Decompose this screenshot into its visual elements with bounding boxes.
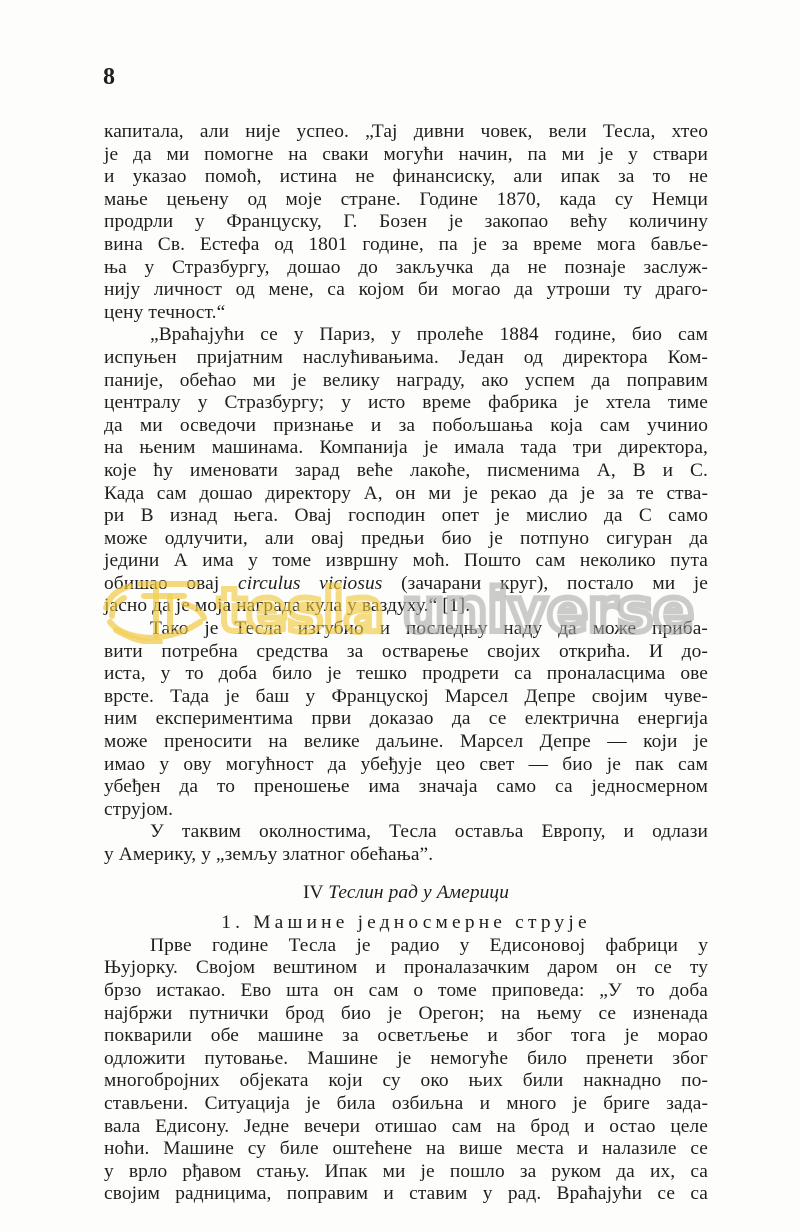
- text-line: у врло рђавом стању. Ипак ми је пошло за…: [104, 1161, 708, 1184]
- paragraph-4: У таквим околностима, Тесла оставља Евро…: [104, 821, 708, 866]
- paragraph-2: „Враћајући се у Париз, у пролеће 1884 го…: [104, 324, 708, 618]
- text-line: ња у Стразбургу, дошао до закључка да не…: [104, 257, 708, 280]
- text-line: вити потребна средства за остварење свој…: [104, 641, 708, 664]
- text-fragment: обишао овај: [104, 573, 238, 594]
- text-line: имао у ову могућност да убеђује цео свет…: [104, 754, 708, 777]
- paragraph-3: Тако је Тесла изгубио и последњу наду да…: [104, 618, 708, 821]
- chapter-heading: IV Теслин рад у Америци: [104, 882, 708, 905]
- text-line: ноћи. Машине су биле оштећене на више ме…: [104, 1138, 708, 1161]
- text-line: вина Св. Естефа од 1801 године, па је за…: [104, 234, 708, 257]
- spacer: [104, 867, 708, 882]
- text-line: испуњен пријатним наслућивањима. Један о…: [104, 347, 708, 370]
- text-line: капитала, али није успео. „Тај дивни чов…: [104, 121, 708, 144]
- text-line: вала Едисону. Једне вечери отишао сам на…: [104, 1116, 708, 1139]
- text-line: врсте. Тада је баш у Француској Марсел Д…: [104, 686, 708, 709]
- chapter-numeral: IV: [303, 882, 323, 903]
- text-line: централу у Стразбургу; у исто време фабр…: [104, 392, 708, 415]
- text-line: може преносити на велике даљине. Марсел …: [104, 731, 708, 754]
- text-line: иста, у то доба било је тешко продрети с…: [104, 663, 708, 686]
- spacer: [104, 904, 708, 912]
- text-line: може одлучити, али овај предњи био је по…: [104, 528, 708, 551]
- text-line: „Враћајући се у Париз, у пролеће 1884 го…: [104, 324, 708, 347]
- text-line-with-italic: обишао овај circulus viciosus (зачарани …: [104, 573, 708, 596]
- text-line: Прве године Тесла је радио у Едисоновој …: [104, 935, 708, 958]
- text-fragment: (зачарани круг), постало ми је: [382, 573, 708, 594]
- text-line: цену течност.“: [104, 302, 708, 325]
- text-line: које ћу именовати зарад веће лакоће, пис…: [104, 460, 708, 483]
- latin-phrase: circulus viciosus: [238, 573, 382, 594]
- text-line: нију личност од мене, са којом би могао …: [104, 279, 708, 302]
- text-line: убеђен да то преношење има значаја само …: [104, 776, 708, 799]
- text-line: продрли у Француску, Г. Бозен је закопао…: [104, 211, 708, 234]
- text-line: је да ми помогне на сваки могући начин, …: [104, 144, 708, 167]
- text-line: мање цењену од моје стране. Године 1870,…: [104, 189, 708, 212]
- chapter-title: Теслин рад у Америци: [328, 882, 509, 903]
- text-line: Када сам дошао директору А, он ми је рек…: [104, 483, 708, 506]
- text-line: Тако је Тесла изгубио и последњу наду да…: [104, 618, 708, 641]
- text-line: и указао помоћ, истина не финансиску, ал…: [104, 166, 708, 189]
- text-line: једини А има у томе извршну моћ. Пошто с…: [104, 550, 708, 573]
- text-line: својим радницима, поправим и ставим у ра…: [104, 1183, 708, 1206]
- section-paragraph: Прве године Тесла је радио у Едисоновој …: [104, 935, 708, 1206]
- text-line: многобројних објеката који су око њих би…: [104, 1070, 708, 1093]
- text-line: јасно да је моја награда кула у ваздуху.…: [104, 595, 708, 618]
- text-line: паније, обећао ми је велику награду, ако…: [104, 370, 708, 393]
- text-line: ри В изнад њега. Овај господин опет је м…: [104, 505, 708, 528]
- text-line: У таквим околностима, Тесла оставља Евро…: [104, 821, 708, 844]
- text-line: Њујорку. Својом вештином и проналазачким…: [104, 957, 708, 980]
- text-line: покварили обе машине за осветљење и због…: [104, 1025, 708, 1048]
- paragraph-1: капитала, али није успео. „Тај дивни чов…: [104, 121, 708, 324]
- text-line: на њеним машинама. Компанија је имала та…: [104, 437, 708, 460]
- text-line: да ми осведочи признање и за побољшања к…: [104, 415, 708, 438]
- page-number: 8: [103, 64, 115, 91]
- text-line: стављени. Ситуација је била озбиљна и мн…: [104, 1093, 708, 1116]
- text-line: брзо истакао. Ево шта он сам о томе прип…: [104, 980, 708, 1003]
- section-heading: 1. Машине једносмерне струје: [104, 912, 708, 935]
- text-line: одложити путовање. Машине је немогуће би…: [104, 1048, 708, 1071]
- body-text: капитала, али није успео. „Тај дивни чов…: [104, 121, 708, 1206]
- text-line: струјом.: [104, 799, 708, 822]
- text-line: у Америку, у „земљу златног обећања”.: [104, 844, 708, 867]
- text-line: најбржи путнички брод био је Орегон; на …: [104, 1003, 708, 1026]
- text-line: ним експериментима први доказао да се ел…: [104, 708, 708, 731]
